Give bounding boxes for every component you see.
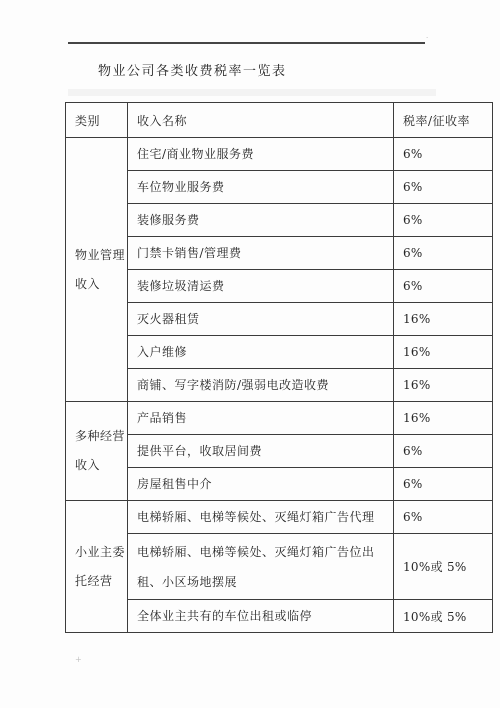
table-row: 装修垃圾清运费6% — [66, 270, 493, 303]
income-name-cell: 提供平台，收取居间费 — [128, 435, 394, 468]
tax-rate-cell: 6% — [394, 270, 493, 303]
tax-rate-cell: 6% — [394, 204, 493, 237]
document-page: · 物业公司各类收费税率一览表 类别 收入名称 税率/征收率 物业管理收入住宅/… — [0, 0, 500, 708]
title-underline-shade — [68, 89, 436, 96]
table-row: 车位物业服务费6% — [66, 171, 493, 204]
table-row: 入户维修16% — [66, 336, 493, 369]
header-income-name: 收入名称 — [128, 103, 394, 138]
table-row: 小业主委托经营电梯轿厢、电梯等候处、灭绳灯箱广告代理6% — [66, 501, 493, 534]
category-cell: 物业管理收入 — [66, 138, 128, 402]
header-rule — [68, 42, 425, 44]
tax-rate-cell: 6% — [394, 237, 493, 270]
income-name-cell: 车位物业服务费 — [128, 171, 394, 204]
tax-rate-cell: 16% — [394, 402, 493, 435]
income-name-cell: 产品销售 — [128, 402, 394, 435]
table-row: 房屋租售中介6% — [66, 468, 493, 501]
header-rule-tick: · — [426, 34, 428, 42]
category-line: 小业主委 — [75, 538, 127, 567]
fee-table-body: 物业管理收入住宅/商业物业服务费6%车位物业服务费6%装修服务费6%门禁卡销售/… — [66, 138, 493, 633]
category-line: 收入 — [75, 270, 127, 299]
table-row: 提供平台，收取居间费6% — [66, 435, 493, 468]
income-name-cell: 门禁卡销售/管理费 — [128, 237, 394, 270]
table-row: 物业管理收入住宅/商业物业服务费6% — [66, 138, 493, 171]
tax-rate-cell: 16% — [394, 303, 493, 336]
income-name-cell: 电梯轿厢、电梯等候处、灭绳灯箱广告位出租、小区场地摆展 — [128, 534, 394, 600]
income-name-cell: 房屋租售中介 — [128, 468, 394, 501]
page-title: 物业公司各类收费税率一览表 — [98, 60, 287, 79]
category-line: 多种经营 — [75, 422, 127, 451]
category-cell: 小业主委托经营 — [66, 501, 128, 633]
tax-rate-cell: 10%或 5% — [394, 534, 493, 600]
header-category: 类别 — [66, 103, 128, 138]
income-name-cell: 全体业主共有的车位出租或临停 — [128, 600, 394, 633]
tax-rate-cell: 10%或 5% — [394, 600, 493, 633]
table-row: 多种经营收入产品销售16% — [66, 402, 493, 435]
income-name-cell: 电梯轿厢、电梯等候处、灭绳灯箱广告代理 — [128, 501, 394, 534]
tax-rate-cell: 16% — [394, 336, 493, 369]
category-line: 物业管理 — [75, 241, 127, 270]
tax-rate-cell: 6% — [394, 435, 493, 468]
table-row: 电梯轿厢、电梯等候处、灭绳灯箱广告位出租、小区场地摆展10%或 5% — [66, 534, 493, 600]
tax-rate-cell: 6% — [394, 468, 493, 501]
table-row: 全体业主共有的车位出租或临停10%或 5% — [66, 600, 493, 633]
table-row: 商铺、写字楼消防/强弱电改造收费16% — [66, 369, 493, 402]
income-name-cell: 装修服务费 — [128, 204, 394, 237]
income-name-cell: 灭火器租赁 — [128, 303, 394, 336]
income-name-cell: 商铺、写字楼消防/强弱电改造收费 — [128, 369, 394, 402]
table-row: 灭火器租赁16% — [66, 303, 493, 336]
table-row: 装修服务费6% — [66, 204, 493, 237]
category-cell: 多种经营收入 — [66, 402, 128, 501]
tax-rate-cell: 16% — [394, 369, 493, 402]
table-row: 门禁卡销售/管理费6% — [66, 237, 493, 270]
income-name-cell: 装修垃圾清运费 — [128, 270, 394, 303]
table-header-row: 类别 收入名称 税率/征收率 — [66, 103, 493, 138]
header-tax-rate: 税率/征收率 — [394, 103, 493, 138]
income-name-cell: 住宅/商业物业服务费 — [128, 138, 394, 171]
category-line: 托经营 — [75, 567, 127, 596]
income-name-cell: 入户维修 — [128, 336, 394, 369]
footnote-mark: + — [75, 655, 82, 664]
tax-rate-cell: 6% — [394, 501, 493, 534]
tax-rate-cell: 6% — [394, 138, 493, 171]
tax-rate-cell: 6% — [394, 171, 493, 204]
fee-rate-table: 类别 收入名称 税率/征收率 物业管理收入住宅/商业物业服务费6%车位物业服务费… — [65, 102, 493, 633]
category-line: 收入 — [75, 451, 127, 480]
